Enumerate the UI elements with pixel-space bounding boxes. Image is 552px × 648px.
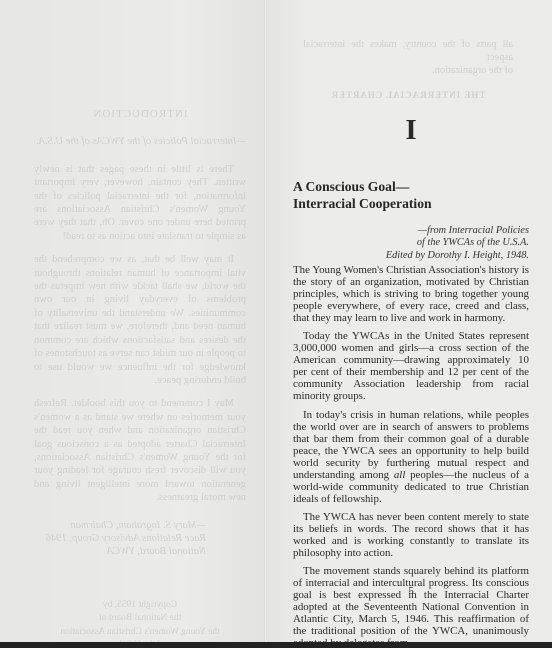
scan-bottom-edge <box>0 642 552 648</box>
bleed-line: of the organization. <box>303 64 513 77</box>
emphasis: all <box>394 469 406 481</box>
bleed-title: INTRODUCTION <box>34 108 246 121</box>
paragraph: Today the YWCAs in the United States rep… <box>293 330 529 402</box>
bleed-copyright-line: Copyright 1955, by <box>34 599 246 612</box>
bleed-paragraph: May I commend to you this booklet. Refre… <box>34 397 246 504</box>
right-page: all parts of the country, makes the inte… <box>267 0 552 642</box>
source-attribution: —from Interracial Policies of the YWCAs … <box>293 225 529 262</box>
bleed-subhead: THE INTERRACIAL CHARTER <box>303 89 513 102</box>
bleed-paragraph: There is little in these pages that is n… <box>34 163 246 243</box>
attribution-line: —from Interracial Policies <box>293 225 529 237</box>
bleed-signature-line: National Board, YWCA <box>34 545 206 558</box>
bleed-copyright-line: the National Board of <box>34 612 246 625</box>
bleed-signature: —Mary S. Ingraham, Chairman Race Relatio… <box>34 519 246 559</box>
bleed-signature-line: —Mary S. Ingraham, Chairman <box>34 519 206 532</box>
bleed-copyright-line: the Young Women's Christian Association <box>34 626 246 639</box>
paragraph: The movement stands squarely behind its … <box>293 565 529 642</box>
paragraph: The Young Women's Christian Association'… <box>293 264 529 324</box>
attribution-line: Edited by Dorothy I. Height, 1948. <box>293 250 529 262</box>
paragraph: In today's crisis in human relations, wh… <box>293 409 529 505</box>
chapter-numeral: I <box>293 114 529 147</box>
left-page-bleed-through: INTRODUCTION —Interracial Policies of th… <box>34 108 246 642</box>
attribution-line: of the YWCAs of the U.S.A. <box>293 237 529 249</box>
page-number: 5 <box>293 585 529 597</box>
right-page-bleed-through: all parts of the country, makes the inte… <box>303 38 513 114</box>
heading-line: Interracial Cooperation <box>293 195 529 212</box>
bleed-paragraph: It may well be that, as we comprehend th… <box>34 253 246 387</box>
bleed-copyright: Copyright 1955, by the National Board of… <box>34 599 246 642</box>
paragraph: The YWCA has never been content merely t… <box>293 511 529 559</box>
bleed-line: all parts of the country, makes the inte… <box>303 38 513 64</box>
chapter-heading: A Conscious Goal— Interracial Cooperatio… <box>293 178 529 212</box>
bleed-signature-line: Race Relations Advisory Group, 1946 <box>34 532 206 545</box>
heading-line: A Conscious Goal— <box>293 178 529 195</box>
left-page: INTRODUCTION —Interracial Policies of th… <box>0 0 265 642</box>
book-spread: INTRODUCTION —Interracial Policies of th… <box>0 0 552 642</box>
bleed-attribution: —Interracial Policies of the YWCAs of th… <box>34 135 246 148</box>
